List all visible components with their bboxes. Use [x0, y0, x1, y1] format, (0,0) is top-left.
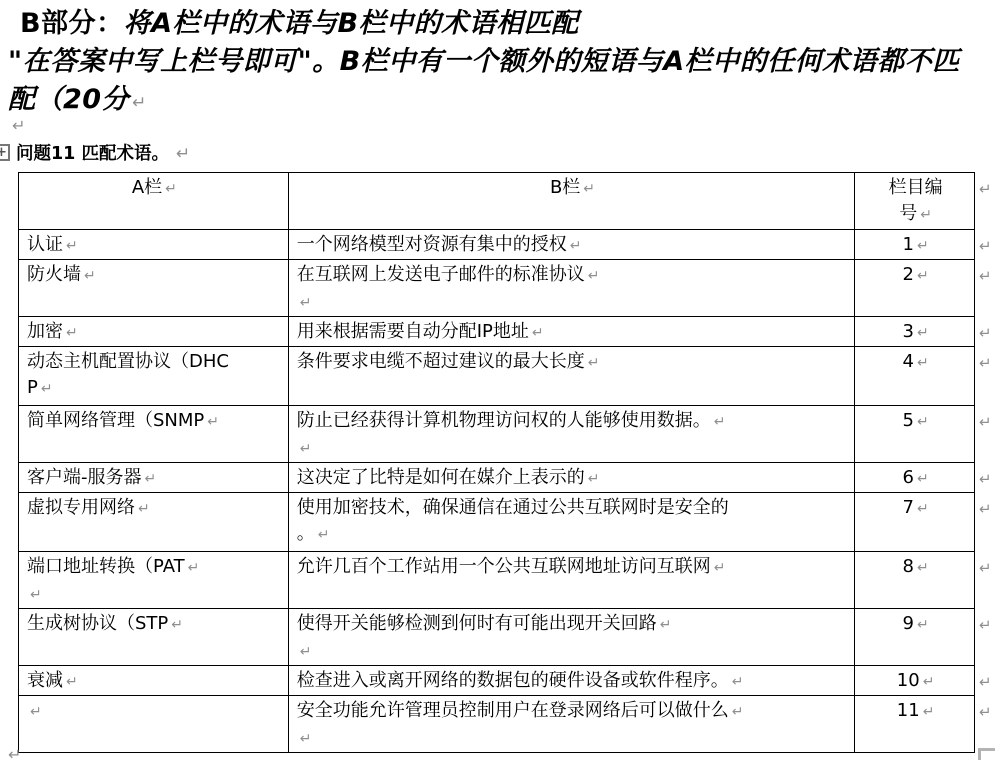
cell-term-a[interactable]: 防火墙↵ [19, 260, 289, 317]
pilcrow-mark: ↵ [917, 501, 929, 517]
pilcrow-mark: ↵ [84, 268, 96, 284]
pilcrow-mark: ↵ [532, 325, 544, 341]
cell-term-b[interactable]: 用来根据需要自动分配IP地址↵ [288, 317, 855, 347]
cell-text: 11 [897, 700, 920, 721]
cell-term-a[interactable]: ↵ [19, 696, 289, 753]
cell-term-a[interactable]: 客户端-服务器↵ [19, 463, 289, 493]
pilcrow-mark: ↵ [66, 238, 78, 254]
cell-text: 加密 [27, 321, 63, 342]
cell-text: 安全功能允许管理员控制用户在登录网络后可以做什么 [297, 700, 729, 721]
pilcrow-mark: ↵ [917, 414, 929, 430]
cell-text: 8 [903, 556, 914, 577]
cell-number[interactable]: 10↵ [855, 666, 975, 696]
part-label: B部分： [20, 8, 124, 39]
cell-text: 。 [297, 523, 315, 544]
cell-text: 4 [903, 351, 914, 372]
cell-number[interactable]: 8↵ [855, 552, 975, 609]
cell-term-b[interactable]: 条件要求电缆不超过建议的最大长度↵ [288, 347, 855, 406]
cell-term-a[interactable]: 动态主机配置协议（DHCP↵ [19, 347, 289, 406]
pilcrow-mark: ↵ [660, 617, 672, 633]
pilcrow-mark: ↵ [917, 268, 929, 284]
table-row: ↵安全功能允许管理员控制用户在登录网络后可以做什么↵↵11↵↵ [19, 696, 995, 753]
end-of-row-mark: ↵ [974, 347, 994, 406]
pilcrow-mark: ↵ [583, 181, 595, 197]
end-of-row-mark: ↵ [974, 493, 994, 552]
cell-number[interactable]: 2↵ [855, 260, 975, 317]
pilcrow-mark: ↵ [714, 414, 726, 430]
cell-text: 6 [903, 467, 914, 488]
cell-text: 衰减 [27, 670, 63, 691]
cell-term-a[interactable]: 认证↵ [19, 230, 289, 260]
table-row: 衰减↵检查进入或离开网络的数据包的硬件设备或软件程序。↵10↵↵ [19, 666, 995, 696]
cell-text: 10 [897, 670, 920, 691]
cell-term-b[interactable]: 允许几百个工作站用一个公共互联网地址访问互联网↵ [288, 552, 855, 609]
pilcrow-mark: ↵ [917, 355, 929, 371]
cell-text: 允许几百个工作站用一个公共互联网地址访问互联网 [297, 556, 711, 577]
pilcrow-mark: ↵ [165, 181, 177, 197]
table-row: 生成树协议（STP↵使得开关能够检测到何时有可能出现开关回路↵↵9↵↵ [19, 609, 995, 666]
header-col-b[interactable]: B栏↵ [288, 173, 855, 230]
cell-term-b[interactable]: 使得开关能够检测到何时有可能出现开关回路↵↵ [288, 609, 855, 666]
pilcrow-mark: ↵ [917, 325, 929, 341]
cell-text: 生成树协议（STP [27, 613, 168, 634]
cell-text: 2 [903, 264, 914, 285]
cell-text: 简单网络管理（SNMP [27, 410, 204, 431]
pilcrow-mark: ↵ [923, 674, 935, 690]
pilcrow-mark: ↵ [145, 471, 157, 487]
table-row: 简单网络管理（SNMP↵防止已经获得计算机物理访问权的人能够使用数据。↵↵5↵↵ [19, 406, 995, 463]
pilcrow-mark: ↵ [920, 207, 932, 223]
cell-text: 在互联网上发送电子邮件的标准协议 [297, 264, 585, 285]
cell-text: 客户端-服务器 [27, 467, 142, 488]
pilcrow-mark: ↵ [732, 674, 744, 690]
cell-text: 7 [903, 497, 914, 518]
table-anchor-icon[interactable]: + [0, 144, 10, 161]
end-of-row-mark: ↵ [974, 230, 994, 260]
pilcrow-mark: ↵ [588, 471, 600, 487]
end-of-row-mark: ↵ [974, 609, 994, 666]
cell-text: 这决定了比特是如何在媒介上表示的 [297, 467, 585, 488]
cell-number[interactable]: 1↵ [855, 230, 975, 260]
cell-term-a[interactable]: 简单网络管理（SNMP↵ [19, 406, 289, 463]
pilcrow-mark: ↵ [300, 644, 312, 660]
table-row: 认证↵一个网络模型对资源有集中的授权↵1↵↵ [19, 230, 995, 260]
cell-text: P [27, 377, 38, 398]
table-row: 防火墙↵在互联网上发送电子邮件的标准协议↵↵2↵↵ [19, 260, 995, 317]
cell-number[interactable]: 11↵ [855, 696, 975, 753]
cell-text: 条件要求电缆不超过建议的最大长度 [297, 351, 585, 372]
pilcrow-mark: ↵ [917, 560, 929, 576]
cell-text: 动态主机配置协议（DHC [27, 351, 229, 372]
end-of-row-mark: ↵ [974, 463, 994, 493]
cell-text: 用来根据需要自动分配IP地址 [297, 321, 529, 342]
cell-number[interactable]: 7↵ [855, 493, 975, 552]
pilcrow-mark: ↵ [300, 731, 312, 747]
pilcrow-mark: ↵ [8, 745, 21, 760]
pilcrow-mark: ↵ [917, 471, 929, 487]
pilcrow-mark: ↵ [171, 617, 183, 633]
heading-line-1-italic: 将A栏中的术语与B栏中的术语相匹配 [124, 8, 579, 39]
pilcrow-mark: ↵ [588, 268, 600, 284]
cell-term-b[interactable]: 检查进入或离开网络的数据包的硬件设备或软件程序。↵ [288, 666, 855, 696]
cell-number[interactable]: 5↵ [855, 406, 975, 463]
pilcrow-mark: ↵ [714, 560, 726, 576]
end-of-row-mark: ↵ [974, 317, 994, 347]
end-of-row-mark: ↵ [974, 552, 994, 609]
pilcrow-mark: ↵ [188, 560, 200, 576]
heading-line-3[interactable]: 配（20分↵ [8, 82, 147, 121]
table-header-row: A栏↵ B栏↵ 栏目编 号↵ ↵ [19, 173, 995, 230]
table-row: 虚拟专用网络↵使用加密技术，确保通信在通过公共互联网时是安全的。↵7↵↵ [19, 493, 995, 552]
pilcrow-mark: ↵ [570, 238, 582, 254]
table-resize-handle[interactable] [978, 748, 995, 760]
pilcrow-mark: ↵ [176, 144, 190, 164]
end-of-row-mark: ↵ [974, 406, 994, 463]
cell-term-a[interactable]: 生成树协议（STP↵ [19, 609, 289, 666]
pilcrow-mark: ↵ [318, 527, 330, 543]
pilcrow-mark: ↵ [923, 704, 935, 720]
cell-term-b[interactable]: 安全功能允许管理员控制用户在登录网络后可以做什么↵↵ [288, 696, 855, 753]
cell-text: 防止已经获得计算机物理访问权的人能够使用数据。 [297, 410, 711, 431]
cell-text: 防火墙 [27, 264, 81, 285]
cell-term-a[interactable]: 虚拟专用网络↵ [19, 493, 289, 552]
question-label[interactable]: 问题11 匹配术语。↵ [16, 143, 190, 165]
cell-term-b[interactable]: 防止已经获得计算机物理访问权的人能够使用数据。↵↵ [288, 406, 855, 463]
cell-text: 一个网络模型对资源有集中的授权 [297, 234, 567, 255]
header-col-a[interactable]: A栏↵ [19, 173, 289, 230]
table-row: 客户端-服务器↵这决定了比特是如何在媒介上表示的↵6↵↵ [19, 463, 995, 493]
cell-number[interactable]: 9↵ [855, 609, 975, 666]
cell-number[interactable]: 4↵ [855, 347, 975, 406]
cell-text: 认证 [27, 234, 63, 255]
cell-term-a[interactable]: 加密↵ [19, 317, 289, 347]
cell-text: 5 [903, 410, 914, 431]
end-of-row-mark: ↵ [974, 173, 994, 230]
heading-line-1[interactable]: B部分：将A栏中的术语与B栏中的术语相匹配 [20, 6, 579, 42]
pilcrow-mark: ↵ [588, 355, 600, 371]
cell-text: 端口地址转换（PAT [27, 556, 185, 577]
pilcrow-mark: ↵ [30, 587, 42, 603]
pilcrow-mark: ↵ [66, 674, 78, 690]
pilcrow-mark: ↵ [138, 501, 150, 517]
pilcrow-mark: ↵ [917, 238, 929, 254]
cell-text: 1 [903, 234, 914, 255]
terms-table: A栏↵ B栏↵ 栏目编 号↵ ↵ 认证↵一个网络模型对资源有集中的授权↵1↵↵防… [18, 172, 995, 753]
pilcrow-mark: ↵ [917, 617, 929, 633]
cell-term-b[interactable]: 使用加密技术，确保通信在通过公共互联网时是安全的。↵ [288, 493, 855, 552]
cell-term-b[interactable]: 在互联网上发送电子邮件的标准协议↵↵ [288, 260, 855, 317]
end-of-row-mark: ↵ [974, 260, 994, 317]
pilcrow-mark: ↵ [41, 381, 53, 397]
table-row: 端口地址转换（PAT↵↵允许几百个工作站用一个公共互联网地址访问互联网↵8↵↵ [19, 552, 995, 609]
cell-text: 使得开关能够检测到何时有可能出现开关回路 [297, 613, 657, 634]
heading-line-2[interactable]: "在答案中写上栏号即可"。B栏中有一个额外的短语与A栏中的任何术语都不匹 [8, 44, 960, 80]
pilcrow-mark: ↵ [30, 704, 42, 720]
table-row: 加密↵用来根据需要自动分配IP地址↵3↵↵ [19, 317, 995, 347]
cell-term-a[interactable]: 端口地址转换（PAT↵↵ [19, 552, 289, 609]
header-col-number[interactable]: 栏目编 号↵ [855, 173, 975, 230]
table-row: 动态主机配置协议（DHCP↵条件要求电缆不超过建议的最大长度↵4↵↵ [19, 347, 995, 406]
pilcrow-mark: ↵ [300, 295, 312, 311]
pilcrow-mark: ↵ [132, 93, 147, 113]
pilcrow-mark: ↵ [732, 704, 744, 720]
cell-number[interactable]: 6↵ [855, 463, 975, 493]
end-of-row-mark: ↵ [974, 666, 994, 696]
cell-text: 虚拟专用网络 [27, 497, 135, 518]
cell-text: 使用加密技术，确保通信在通过公共互联网时是安全的 [297, 497, 729, 518]
cell-text: 检查进入或离开网络的数据包的硬件设备或软件程序。 [297, 670, 729, 691]
cell-term-b[interactable]: 一个网络模型对资源有集中的授权↵ [288, 230, 855, 260]
cell-text: 3 [903, 321, 914, 342]
pilcrow-mark: ↵ [66, 325, 78, 341]
cell-text: 9 [903, 613, 914, 634]
pilcrow-mark: ↵ [207, 414, 219, 430]
end-of-row-mark: ↵ [974, 696, 994, 753]
pilcrow-mark: ↵ [300, 441, 312, 457]
pilcrow-mark: ↵ [12, 116, 25, 135]
cell-term-b[interactable]: 这决定了比特是如何在媒介上表示的↵ [288, 463, 855, 493]
cell-term-a[interactable]: 衰减↵ [19, 666, 289, 696]
cell-number[interactable]: 3↵ [855, 317, 975, 347]
